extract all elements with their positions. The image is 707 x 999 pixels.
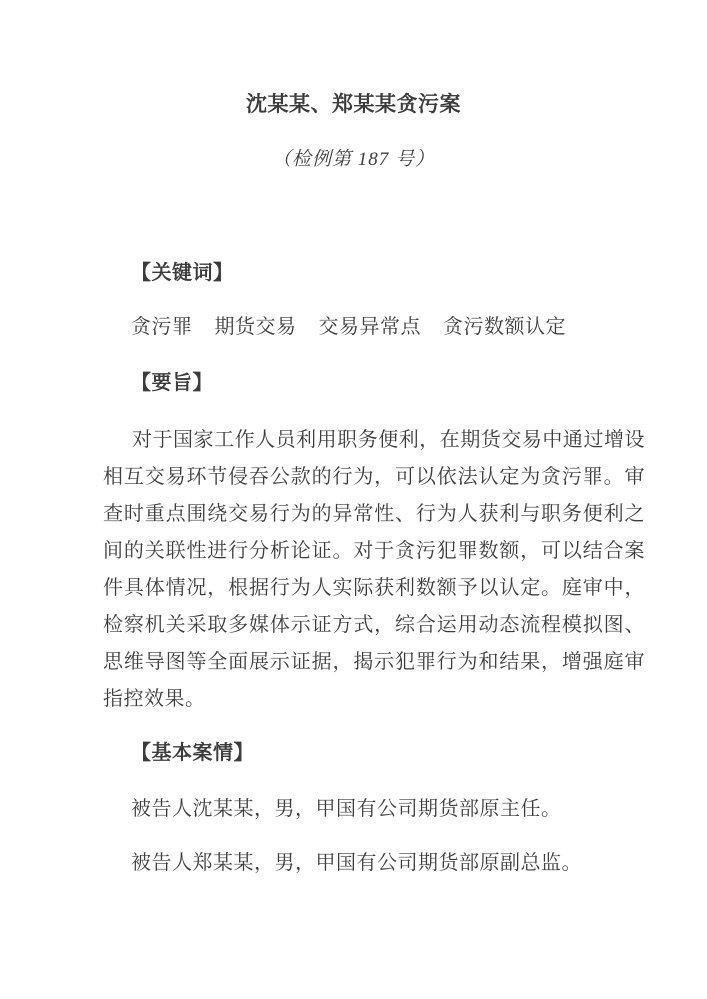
keywords-list: 贪污罪 期货交易 交易异常点 贪污数额认定 <box>103 312 645 342</box>
keyword-item: 贪污数额认定 <box>443 312 566 342</box>
keyword-item: 交易异常点 <box>319 312 422 342</box>
gist-heading: 【要旨】 <box>103 368 645 398</box>
case-title: 沈某某、郑某某贪污案 <box>0 90 707 120</box>
document-page: 沈某某、郑某某贪污案 （检例第 187 号） 【关键词】 贪污罪 期货交易 交易… <box>0 0 707 999</box>
fact-paragraph-defendant-zheng: 被告人郑某某，男，甲国有公司期货部原副总监。 <box>103 848 645 878</box>
keywords-heading: 【关键词】 <box>103 258 645 288</box>
gist-paragraph: 对于国家工作人员利用职务便利，在期货交易中通过增设相互交易环节侵吞公款的行为，可… <box>103 422 645 718</box>
facts-heading: 【基本案情】 <box>103 738 645 768</box>
keyword-item: 期货交易 <box>215 312 297 342</box>
case-number: （检例第 187 号） <box>0 146 707 174</box>
fact-paragraph-defendant-shen: 被告人沈某某，男，甲国有公司期货部原主任。 <box>103 794 645 824</box>
keyword-item: 贪污罪 <box>131 312 193 342</box>
